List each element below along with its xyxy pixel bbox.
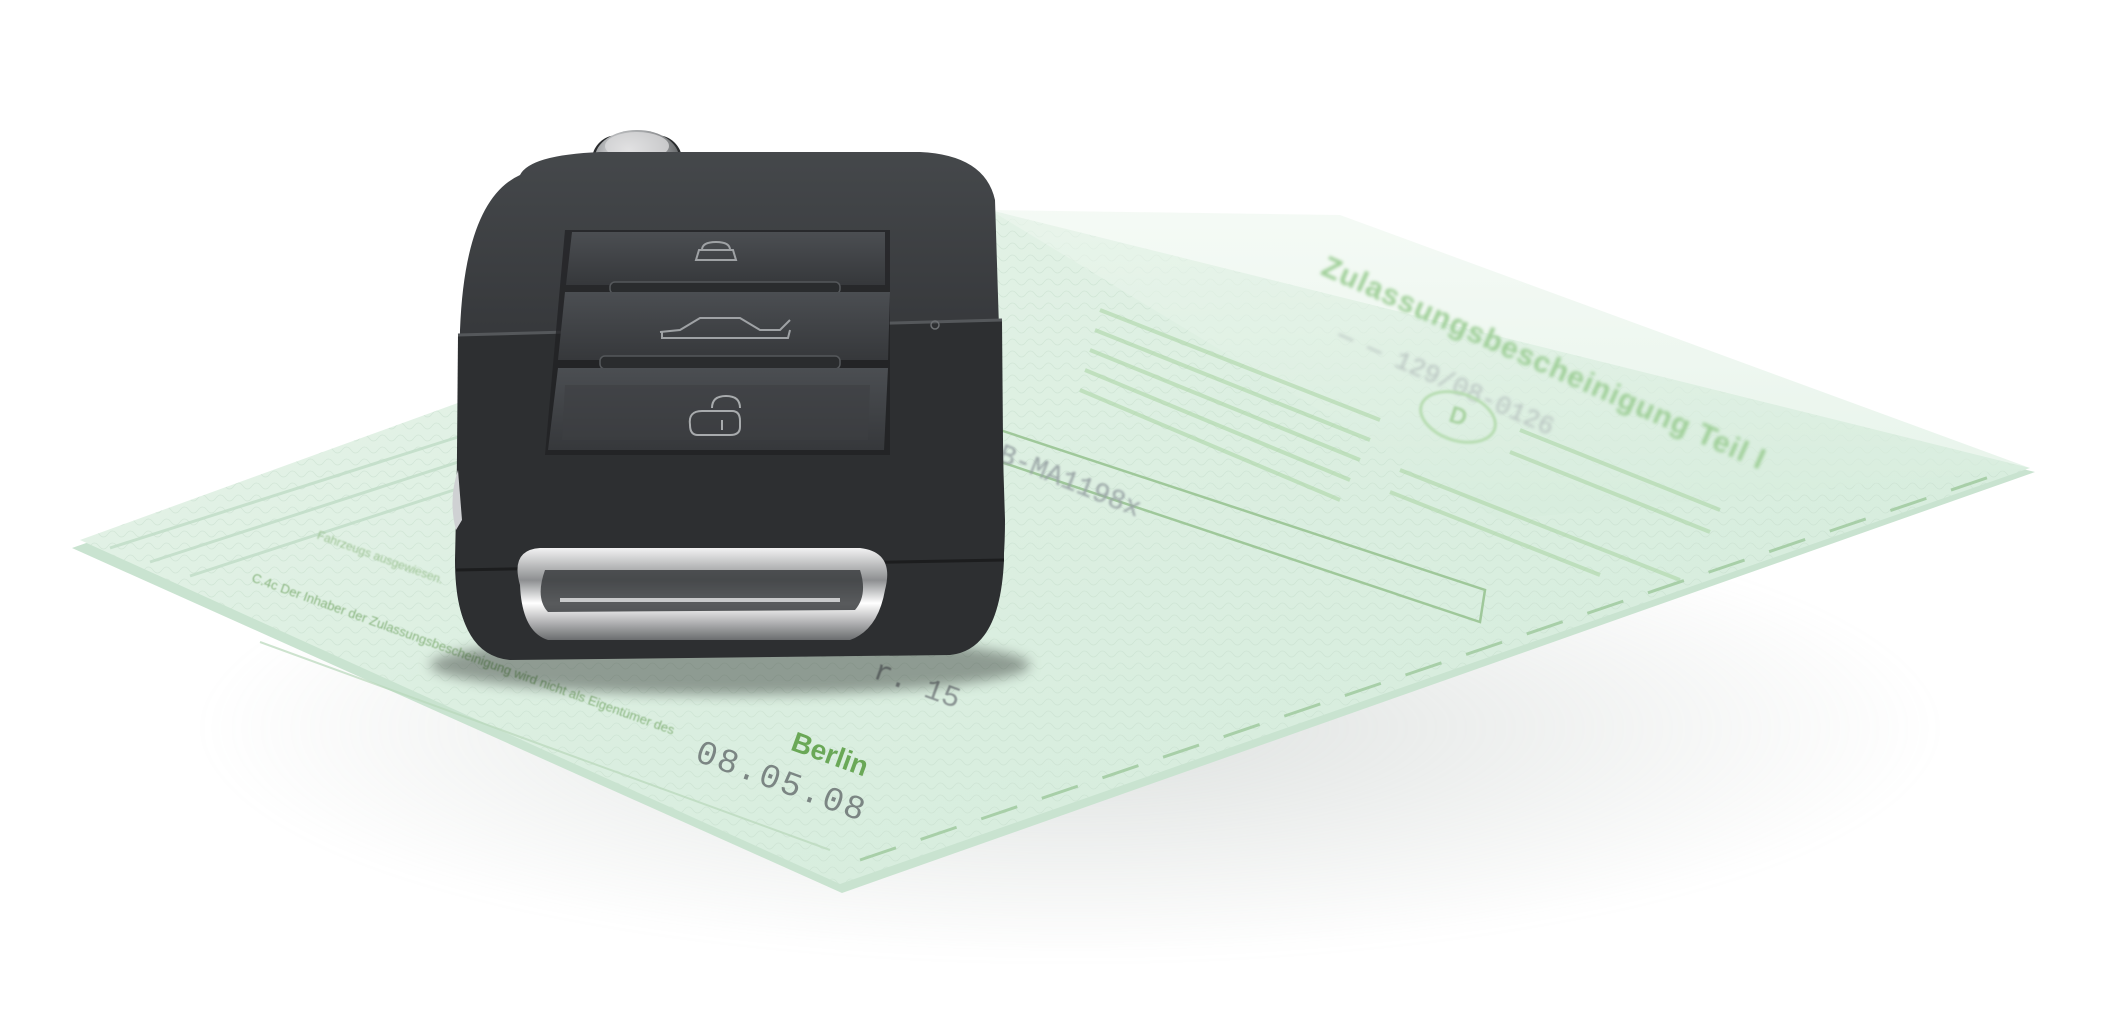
chrome-key-ring-loop[interactable] (518, 548, 888, 640)
photo-scene: Zulassungsbescheinigung Teil I — — 129/0… (0, 0, 2121, 1010)
car-key-fob (0, 0, 2121, 1010)
lock-button[interactable] (566, 232, 885, 285)
unlock-button[interactable] (548, 368, 888, 450)
trunk-button[interactable] (558, 292, 890, 360)
